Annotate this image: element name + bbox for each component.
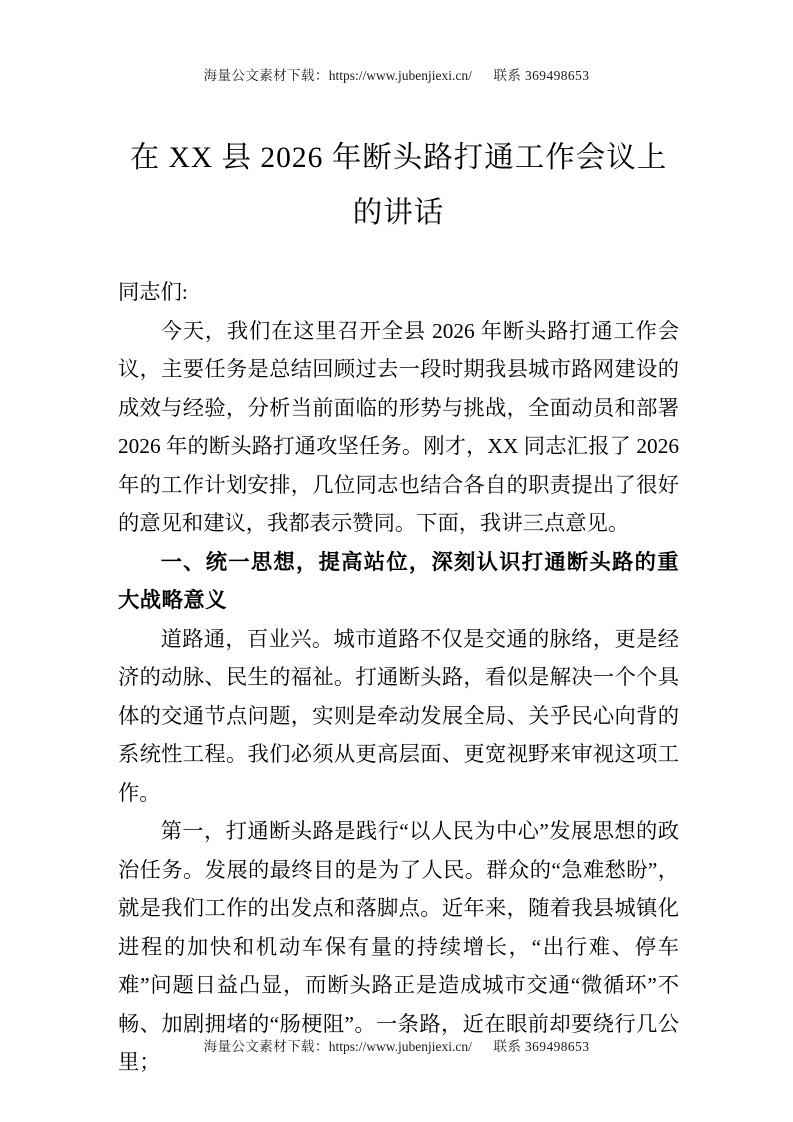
header-contact: 联系 369498653	[493, 68, 589, 83]
paragraph: 同志们:	[118, 273, 679, 312]
paragraph: 今天，我们在这里召开全县 2026 年断头路打通工作会议，主要任务是总结回顾过去…	[118, 312, 679, 543]
document-page: 海量公文素材下载：https://www.jubenjiexi.cn/联系 36…	[0, 0, 793, 1122]
document-content: 在 XX 县 2026 年断头路打通工作会议上的讲话 同志们:今天，我们在这里召…	[118, 131, 679, 1082]
footer-source-label: 海量公文素材下载：	[204, 1039, 329, 1054]
paragraph: 道路通，百业兴。城市道路不仅是交通的脉络，更是经济的动脉、民生的福祉。打通断头路…	[118, 620, 679, 813]
header-source-label: 海量公文素材下载：	[204, 68, 329, 83]
header-source-url: https://www.jubenjiexi.cn/	[329, 68, 472, 83]
page-footer: 海量公文素材下载：https://www.jubenjiexi.cn/联系 36…	[0, 1038, 793, 1056]
footer-contact: 联系 369498653	[493, 1039, 589, 1054]
footer-source-url: https://www.jubenjiexi.cn/	[329, 1039, 472, 1054]
section-heading: 一、统一思想，提高站位，深刻认识打通断头路的重大战略意义	[118, 543, 679, 620]
document-body: 同志们:今天，我们在这里召开全县 2026 年断头路打通工作会议，主要任务是总结…	[118, 273, 679, 1082]
document-title: 在 XX 县 2026 年断头路打通工作会议上的讲话	[118, 131, 679, 241]
page-header: 海量公文素材下载：https://www.jubenjiexi.cn/联系 36…	[0, 67, 793, 85]
